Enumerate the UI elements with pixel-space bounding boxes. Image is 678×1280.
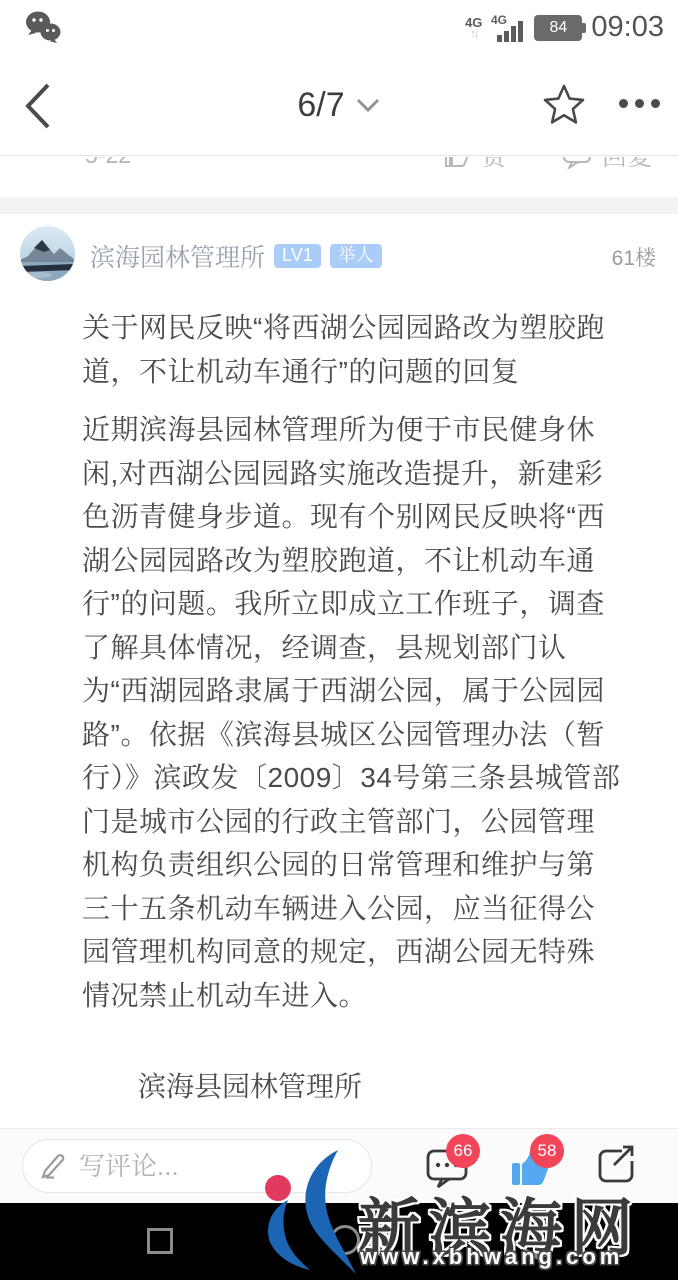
floor-number: 61楼	[612, 242, 656, 272]
chevron-down-icon	[355, 97, 381, 113]
svg-text:4G: 4G	[491, 13, 507, 27]
app-screen: 4G ↑↓ 4G 84 09:03	[0, 0, 678, 1280]
like-label: 赞	[481, 157, 506, 173]
signal-strength-icon: 4G	[491, 13, 525, 43]
nav-bar: 6/7	[0, 55, 678, 156]
android-nav-bar	[0, 1203, 678, 1280]
sim1-network-indicator: 4G ↑↓	[465, 16, 482, 40]
section-divider	[0, 197, 678, 214]
level-badge: LV1	[274, 244, 321, 269]
android-back-button[interactable]	[512, 1226, 540, 1265]
reply-bubble-icon	[562, 157, 592, 169]
like-button[interactable]: 58	[508, 1143, 554, 1194]
recent-apps-button[interactable]	[147, 1228, 173, 1254]
comment-bar: 66 58	[0, 1128, 678, 1203]
reply-label: 回复	[602, 157, 652, 173]
share-button[interactable]	[594, 1143, 640, 1194]
post-61: 滨海园林管理所 LV1 举人 61楼 关于网民反映“将西湖公园园路改为塑胶跑道，…	[0, 214, 678, 1169]
post-header: 滨海园林管理所 LV1 举人 61楼	[0, 214, 678, 286]
battery-icon: 84	[534, 15, 582, 41]
share-icon	[594, 1143, 640, 1189]
comment-input[interactable]	[79, 1151, 319, 1182]
post-title: 关于网民反映“将西湖公园园路改为塑胶跑道，不让机动车通行”的问题的回复	[82, 306, 622, 394]
battery-percent: 84	[550, 19, 568, 37]
previous-post-action-row: 5-22 赞 回复	[0, 157, 678, 197]
status-bar: 4G ↑↓ 4G 84 09:03	[0, 0, 678, 55]
page-indicator: 6/7	[297, 86, 344, 125]
previous-post-like-button[interactable]: 赞	[443, 157, 506, 173]
view-comments-button[interactable]: 66	[424, 1143, 470, 1194]
comment-count-badge: 66	[446, 1134, 480, 1168]
rank-badge: 举人	[330, 244, 382, 269]
like-count-badge: 58	[530, 1134, 564, 1168]
post-body: 近期滨海县园林管理所为便于市民健身休闲,对西湖公园园路实施改造提升，新建彩色沥青…	[82, 408, 622, 1017]
status-time: 09:03	[591, 11, 664, 44]
comment-input-pill[interactable]	[22, 1139, 372, 1193]
favorite-star-button[interactable]	[540, 81, 588, 134]
thumb-up-outline-icon	[443, 157, 471, 169]
more-options-button[interactable]	[619, 99, 660, 108]
previous-post-reply-button[interactable]: 回复	[562, 157, 652, 173]
previous-post-date: 5-22	[85, 157, 131, 169]
home-button[interactable]	[330, 1225, 360, 1255]
wechat-notification-icon	[24, 10, 62, 49]
author-name[interactable]: 滨海园林管理所	[90, 238, 265, 274]
pencil-icon	[39, 1151, 69, 1181]
post-signature: 滨海县园林管理所	[82, 1065, 620, 1105]
avatar[interactable]	[20, 226, 75, 281]
